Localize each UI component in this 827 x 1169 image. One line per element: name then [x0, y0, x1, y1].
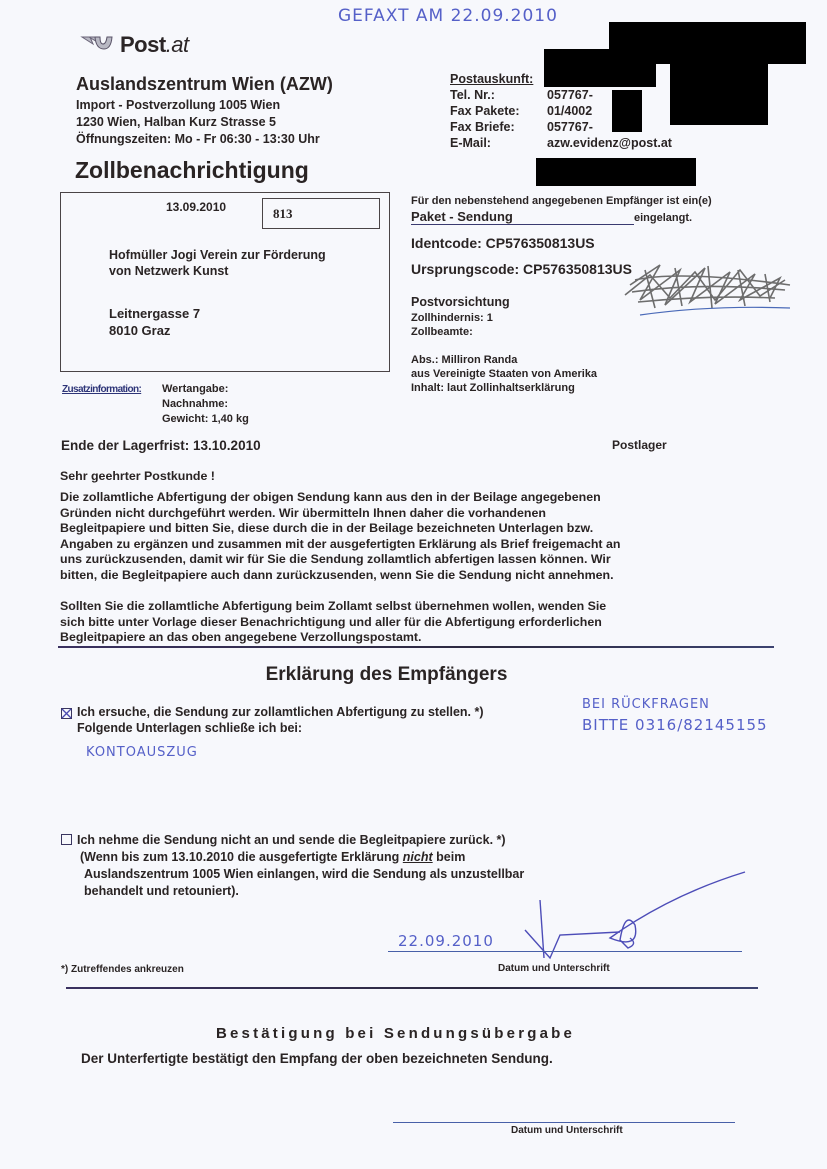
zusatz-values: Wertangabe: Nachnahme: Gewicht: 1,40 kg — [162, 382, 249, 427]
checkbox-accept-clearance[interactable] — [61, 708, 72, 719]
logo-suffix: .at — [166, 32, 189, 57]
scribble-redaction — [620, 260, 800, 320]
shipment-type-row: Paket - Sendungeingelangt. — [411, 209, 692, 225]
confirmation-signature-label: Datum und Unterschrift — [511, 1125, 623, 1136]
shipment-arrived: eingelangt. — [634, 212, 692, 224]
checkmark-x-icon — [61, 708, 72, 719]
handwritten-signature-date: 22.09.2010 — [398, 932, 494, 950]
letter-paragraph-2: Sollten Sie die zollamtliche Abfertigung… — [60, 599, 760, 646]
letter-paragraph-1: Die zollamtliche Abfertigung der obigen … — [60, 490, 760, 583]
signature-line — [388, 951, 742, 952]
org-line-2: 1230 Wien, Halban Kurz Strasse 5 — [76, 115, 276, 129]
signature-scribble — [520, 870, 750, 960]
declaration-title: Erklärung des Empfängers — [0, 664, 800, 686]
redaction — [670, 63, 768, 125]
contact-row-tel: Tel. Nr.:057767- — [450, 87, 672, 103]
storage-deadline: Ende der Lagerfrist: 13.10.2010 — [61, 438, 261, 453]
greeting: Sehr geehrter Postkunde ! — [60, 469, 760, 485]
shipment-intro: Für den nebenstehend angegebenen Empfäng… — [411, 195, 712, 207]
handwritten-callback-note: BEI RÜCKFRAGEN BITTE 0316/82145155 — [582, 694, 768, 736]
confirmation-title: Bestätigung bei Sendungsübergabe — [0, 1025, 809, 1042]
shipment-type: Paket - Sendung — [411, 209, 634, 225]
handwritten-enclosure: KONTOAUSZUG — [86, 745, 198, 760]
customs-info: Zollhindernis: 1 Zollbeamte: — [411, 311, 493, 339]
posthorn-icon — [80, 34, 114, 57]
postvorsichtung: Postvorsichtung — [411, 295, 510, 309]
opening-hours: Öffnungszeiten: Mo - Fr 06:30 - 13:30 Uh… — [76, 132, 320, 146]
identcode: Identcode: CP576350813US — [411, 235, 595, 251]
contact-row-fax-briefe: Fax Briefe:057767- — [450, 119, 672, 135]
divider — [66, 987, 758, 989]
contact-row-fax-pakete: Fax Pakete:01/4002 — [450, 103, 672, 119]
ursprungscode: Ursprungscode: CP576350813US — [411, 261, 632, 277]
signature-label: Datum und Unterschrift — [498, 963, 610, 974]
confirmation-text: Der Unterfertigte bestätigt den Empfang … — [81, 1051, 553, 1066]
recipient-address: Leitnergasse 7 8010 Graz — [109, 305, 200, 339]
footnote: *) Zutreffendes ankreuzen — [61, 964, 184, 975]
storage-location: Postlager — [612, 438, 667, 452]
contact-row-email: E-Mail:azw.evidenz@post.at — [450, 135, 672, 151]
org-title: Auslandszentrum Wien (AZW) — [76, 74, 333, 95]
sender-info: Abs.: Milliron Randa aus Vereinigte Staa… — [411, 353, 597, 395]
divider — [58, 646, 774, 648]
reference-number-box: 813 — [262, 198, 380, 229]
contact-heading: Postauskunft: — [450, 71, 672, 87]
handwritten-fax-note: GEFAXT AM 22.09.2010 — [338, 6, 558, 26]
post-logo: Post.at — [80, 32, 189, 58]
option-accept-text: Ich ersuche, die Sendung zur zollamtlich… — [77, 704, 484, 736]
notice-date: 13.09.2010 — [166, 200, 226, 214]
logo-brand: Post — [120, 32, 166, 57]
recipient-name: Hofmüller Jogi Verein zur Förderung von … — [109, 247, 326, 279]
contact-info: Postauskunft: Tel. Nr.:057767- Fax Paket… — [450, 71, 672, 151]
redaction — [536, 158, 696, 186]
confirmation-signature-line — [393, 1122, 735, 1123]
document-title: Zollbenachrichtigung — [75, 157, 309, 184]
checkbox-refuse-shipment[interactable] — [61, 834, 72, 845]
org-line-1: Import - Postverzollung 1005 Wien — [76, 98, 280, 112]
email-link[interactable]: azw.evidenz@post.at — [547, 136, 672, 150]
option-refuse-text: Ich nehme die Sendung nicht an und sende… — [77, 832, 524, 900]
zusatz-label: Zusatzinformation: — [62, 384, 141, 395]
